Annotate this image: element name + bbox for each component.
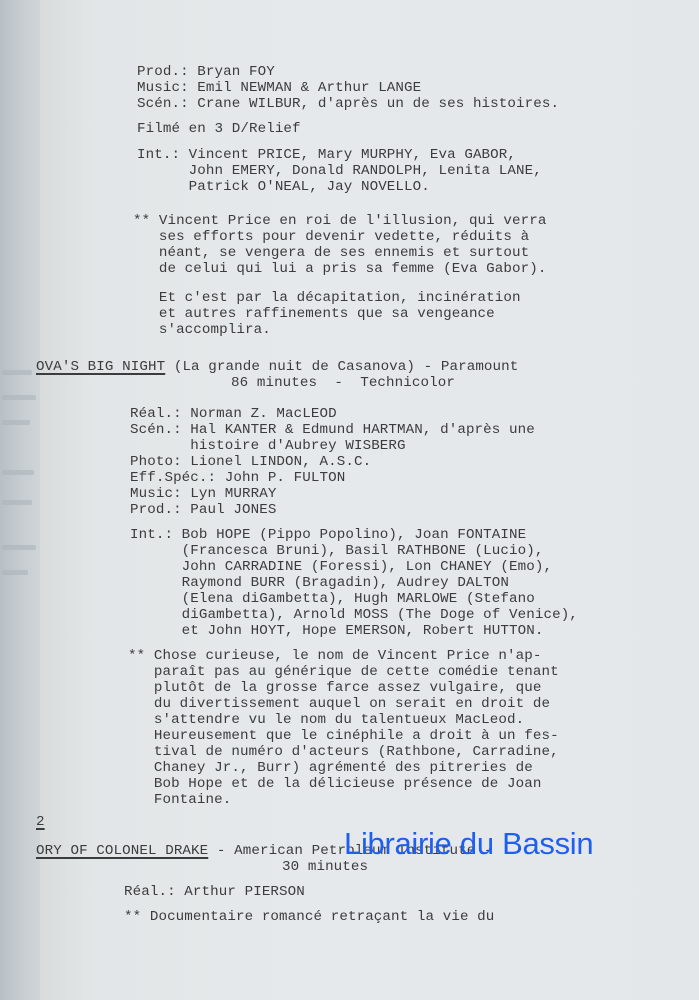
note-line: ** Vincent Price en roi de l'illusion, q… bbox=[133, 213, 546, 230]
cast-line: (Elena diGambetta), Hugh MARLOWE (Stefan… bbox=[130, 591, 535, 608]
cast-line: Int.: Bob HOPE (Pippo Popolino), Joan FO… bbox=[130, 527, 526, 544]
film-title: ORY OF COLONEL DRAKE bbox=[36, 843, 208, 859]
note-line: ses efforts pour devenir vedette, réduit… bbox=[133, 229, 529, 246]
note-line: ** Documentaire romancé retraçant la vie… bbox=[124, 909, 494, 926]
cast-line: Int.: Vincent PRICE, Mary MURPHY, Eva GA… bbox=[137, 147, 516, 164]
film-title: OVA'S BIG NIGHT bbox=[36, 359, 165, 375]
note-line: Chaney Jr., Burr) agrémenté des pitrerie… bbox=[128, 760, 533, 777]
credit-line: Prod.: Paul JONES bbox=[130, 502, 276, 519]
credit-line: Scén.: Crane WILBUR, d'après un de ses h… bbox=[137, 96, 559, 113]
credit-line: Prod.: Bryan FOY bbox=[137, 64, 275, 81]
format-line: Filmé en 3 D/Relief bbox=[137, 121, 301, 138]
credit-line: Photo: Lionel LINDON, A.S.C. bbox=[130, 454, 371, 471]
note-line: s'attendre vu le nom du talentueux MacLe… bbox=[128, 712, 524, 729]
document-page: Prod.: Bryan FOY Music: Emil NEWMAN & Ar… bbox=[40, 0, 699, 1000]
book-binding-edge bbox=[0, 0, 40, 1000]
note-line: tival de numéro d'acteurs (Rathbone, Car… bbox=[128, 744, 559, 761]
cast-line: et John HOYT, Hope EMERSON, Robert HUTTO… bbox=[130, 623, 543, 640]
note-line: paraît pas au générique de cette comédie… bbox=[128, 664, 559, 681]
cast-line: Raymond BURR (Bragadin), Audrey DALTON bbox=[130, 575, 509, 592]
note-line: du divertissement auquel on serait en dr… bbox=[128, 696, 550, 713]
watermark-text: Librairie du Bassin bbox=[344, 826, 593, 862]
credit-line: Eff.Spéc.: John P. FULTON bbox=[130, 470, 345, 487]
film-title-rest: (La grande nuit de Casanova) - Paramount bbox=[165, 359, 518, 375]
note-line: s'accomplira. bbox=[133, 322, 271, 339]
credit-line: Music: Emil NEWMAN & Arthur LANGE bbox=[137, 80, 421, 97]
credit-line: Scén.: Hal KANTER & Edmund HARTMAN, d'ap… bbox=[130, 422, 535, 439]
note-line: Bob Hope et de la délicieuse présence de… bbox=[128, 776, 541, 793]
note-line: Heureusement que le cinéphile a droit à … bbox=[128, 728, 559, 745]
page-number-fragment: 2 bbox=[36, 814, 45, 831]
film-subtitle: 86 minutes - Technicolor bbox=[231, 375, 455, 392]
cast-line: Patrick O'NEAL, Jay NOVELLO. bbox=[137, 179, 430, 196]
note-line: et autres raffinements que sa vengeance bbox=[133, 306, 495, 323]
credit-line: Music: Lyn MURRAY bbox=[130, 486, 276, 503]
film-title-line: OVA'S BIG NIGHT (La grande nuit de Casan… bbox=[36, 359, 518, 376]
credit-line: Réal.: Norman Z. MacLEOD bbox=[130, 406, 337, 423]
note-line: Fontaine. bbox=[128, 792, 231, 809]
credit-line: histoire d'Aubrey WISBERG bbox=[130, 438, 406, 455]
cast-line: diGambetta), Arnold MOSS (The Doge of Ve… bbox=[130, 607, 578, 624]
note-line: néant, se vengera de ses ennemis et surt… bbox=[133, 245, 529, 262]
credit-line: Réal.: Arthur PIERSON bbox=[124, 884, 305, 901]
note-line: plutôt de la grosse farce assez vulgaire… bbox=[128, 680, 541, 697]
note-line: ** Chose curieuse, le nom de Vincent Pri… bbox=[128, 648, 541, 665]
cast-line: (Francesca Bruni), Basil RATHBONE (Lucio… bbox=[130, 543, 543, 560]
note-line: de celui qui lui a pris sa femme (Eva Ga… bbox=[133, 261, 546, 278]
cast-line: John EMERY, Donald RANDOLPH, Lenita LANE… bbox=[137, 163, 542, 180]
cast-line: John CARRADINE (Foressi), Lon CHANEY (Em… bbox=[130, 559, 552, 576]
note-line: Et c'est par la décapitation, incinérati… bbox=[133, 290, 521, 307]
